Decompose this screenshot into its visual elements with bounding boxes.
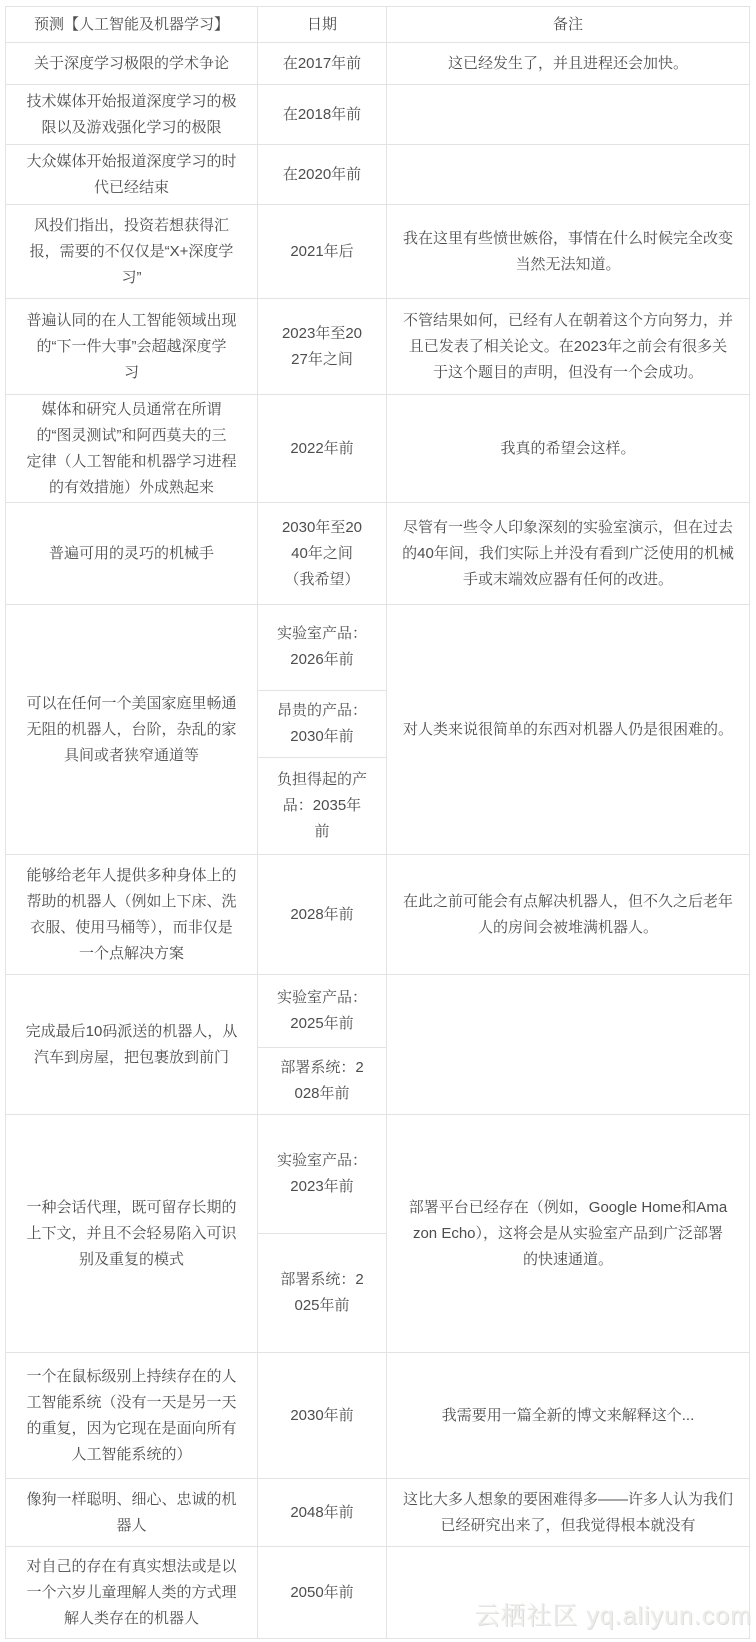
date-cell: 2030年前 <box>258 1353 387 1478</box>
note-cell: 尽管有一些令人印象深刻的实验室演示，但在过去 的40年间，我们实际上并没有看到广… <box>387 503 749 604</box>
date-cell: 在2020年前 <box>258 145 387 204</box>
predictions-table: 预测【人工智能及机器学习】 日期 备注 关于深度学习极限的学术争论 在2017年… <box>5 6 750 1639</box>
note-cell: 我真的希望会这样。 <box>387 395 749 502</box>
prediction-cell: 媒体和研究人员通常在所谓 的“图灵测试”和阿西莫夫的三 定律（人工智能和机器学习… <box>6 395 258 502</box>
date-cell: 2023年至20 27年之间 <box>258 299 387 394</box>
prediction-cell: 普遍可用的灵巧的机械手 <box>6 503 258 604</box>
table-row: 媒体和研究人员通常在所谓 的“图灵测试”和阿西莫夫的三 定律（人工智能和机器学习… <box>6 395 749 503</box>
table-row: 普遍可用的灵巧的机械手 2030年至20 40年之间 （我希望） 尽管有一些令人… <box>6 503 749 605</box>
prediction-cell: 一个在鼠标级别上持续存在的人 工智能系统（没有一天是另一天 的重复，因为它现在是… <box>6 1353 258 1478</box>
note-cell: 对人类来说很简单的东西对机器人仍是很困难的。 <box>387 605 749 854</box>
date-cell: 在2018年前 <box>258 85 387 144</box>
date-cell-group: 实验室产品： 2026年前 昂贵的产品： 2030年前 负担得起的产 品：203… <box>258 605 387 854</box>
date-subcell: 实验室产品： 2025年前 <box>258 975 386 1048</box>
prediction-cell: 大众媒体开始报道深度学习的时 代已经结束 <box>6 145 258 204</box>
table-row: 完成最后10码派送的机器人，从 汽车到房屋，把包裹放到前门 实验室产品： 202… <box>6 975 749 1115</box>
date-subcell: 部署系统：2 025年前 <box>258 1234 386 1353</box>
prediction-cell: 可以在任何一个美国家庭里畅通 无阻的机器人，台阶，杂乱的家 具间或者狭窄通道等 <box>6 605 258 854</box>
date-cell: 2050年前 <box>258 1547 387 1638</box>
prediction-cell: 一种会话代理，既可留存长期的 上下文，并且不会轻易陷入可识 别及重复的模式 <box>6 1115 258 1352</box>
date-cell-group: 实验室产品： 2023年前 部署系统：2 025年前 <box>258 1115 387 1352</box>
table-row: 对自己的存在有真实想法或是以 一个六岁儿童理解人类的方式理 解人类存在的机器人 … <box>6 1547 749 1638</box>
prediction-cell: 关于深度学习极限的学术争论 <box>6 43 258 84</box>
prediction-cell: 技术媒体开始报道深度学习的极 限以及游戏强化学习的极限 <box>6 85 258 144</box>
prediction-cell: 能够给老年人提供多种身体上的 帮助的机器人（例如上下床、洗 衣服、使用马桶等），… <box>6 855 258 974</box>
table-row: 大众媒体开始报道深度学习的时 代已经结束 在2020年前 <box>6 145 749 205</box>
date-cell: 2021年后 <box>258 205 387 298</box>
date-subcell: 实验室产品： 2023年前 <box>258 1115 386 1234</box>
note-cell <box>387 1547 749 1638</box>
date-cell: 在2017年前 <box>258 43 387 84</box>
date-cell: 2022年前 <box>258 395 387 502</box>
table-header-row: 预测【人工智能及机器学习】 日期 备注 <box>6 7 749 43</box>
table-row: 风投们指出，投资若想获得汇 报，需要的不仅仅是“X+深度学 习” 2021年后 … <box>6 205 749 299</box>
note-cell: 我在这里有些愤世嫉俗，事情在什么时候完全改变 当然无法知道。 <box>387 205 749 298</box>
note-cell <box>387 145 749 204</box>
note-cell: 不管结果如何，已经有人在朝着这个方向努力，并 且已发表了相关论文。在2023年之… <box>387 299 749 394</box>
date-cell: 2028年前 <box>258 855 387 974</box>
table-row: 一种会话代理，既可留存长期的 上下文，并且不会轻易陷入可识 别及重复的模式 实验… <box>6 1115 749 1353</box>
note-cell <box>387 85 749 144</box>
table-row: 像狗一样聪明、细心、忠诚的机 器人 2048年前 这比大多人想象的要困难得多——… <box>6 1479 749 1547</box>
table-row: 能够给老年人提供多种身体上的 帮助的机器人（例如上下床、洗 衣服、使用马桶等），… <box>6 855 749 975</box>
date-cell: 2048年前 <box>258 1479 387 1546</box>
date-cell: 2030年至20 40年之间 （我希望） <box>258 503 387 604</box>
note-cell: 这已经发生了，并且进程还会加快。 <box>387 43 749 84</box>
prediction-cell: 完成最后10码派送的机器人，从 汽车到房屋，把包裹放到前门 <box>6 975 258 1114</box>
date-cell-group: 实验室产品： 2025年前 部署系统：2 028年前 <box>258 975 387 1114</box>
table-row: 一个在鼠标级别上持续存在的人 工智能系统（没有一天是另一天 的重复，因为它现在是… <box>6 1353 749 1479</box>
date-subcell: 部署系统：2 028年前 <box>258 1048 386 1114</box>
table-row: 可以在任何一个美国家庭里畅通 无阻的机器人，台阶，杂乱的家 具间或者狭窄通道等 … <box>6 605 749 855</box>
date-subcell: 昂贵的产品： 2030年前 <box>258 691 386 759</box>
note-cell: 部署平台已经存在（例如，Google Home和Ama zon Echo），这将… <box>387 1115 749 1352</box>
prediction-cell: 普遍认同的在人工智能领域出现 的“下一件大事”会超越深度学 习 <box>6 299 258 394</box>
table-row: 关于深度学习极限的学术争论 在2017年前 这已经发生了，并且进程还会加快。 <box>6 43 749 85</box>
date-subcell: 负担得起的产 品：2035年 前 <box>258 758 386 854</box>
note-cell: 我需要用一篇全新的博文来解释这个... <box>387 1353 749 1478</box>
prediction-cell: 像狗一样聪明、细心、忠诚的机 器人 <box>6 1479 258 1546</box>
column-header-prediction: 预测【人工智能及机器学习】 <box>6 7 258 42</box>
date-subcell: 实验室产品： 2026年前 <box>258 605 386 691</box>
prediction-cell: 对自己的存在有真实想法或是以 一个六岁儿童理解人类的方式理 解人类存在的机器人 <box>6 1547 258 1638</box>
note-cell: 这比大多人想象的要困难得多——许多人认为我们 已经研究出来了，但我觉得根本就没有 <box>387 1479 749 1546</box>
table-row: 普遍认同的在人工智能领域出现 的“下一件大事”会超越深度学 习 2023年至20… <box>6 299 749 395</box>
table-row: 技术媒体开始报道深度学习的极 限以及游戏强化学习的极限 在2018年前 <box>6 85 749 145</box>
prediction-cell: 风投们指出，投资若想获得汇 报，需要的不仅仅是“X+深度学 习” <box>6 205 258 298</box>
column-header-date: 日期 <box>258 7 387 42</box>
note-cell <box>387 975 749 1114</box>
note-cell: 在此之前可能会有点解决机器人，但不久之后老年 人的房间会被堆满机器人。 <box>387 855 749 974</box>
column-header-note: 备注 <box>387 7 749 42</box>
